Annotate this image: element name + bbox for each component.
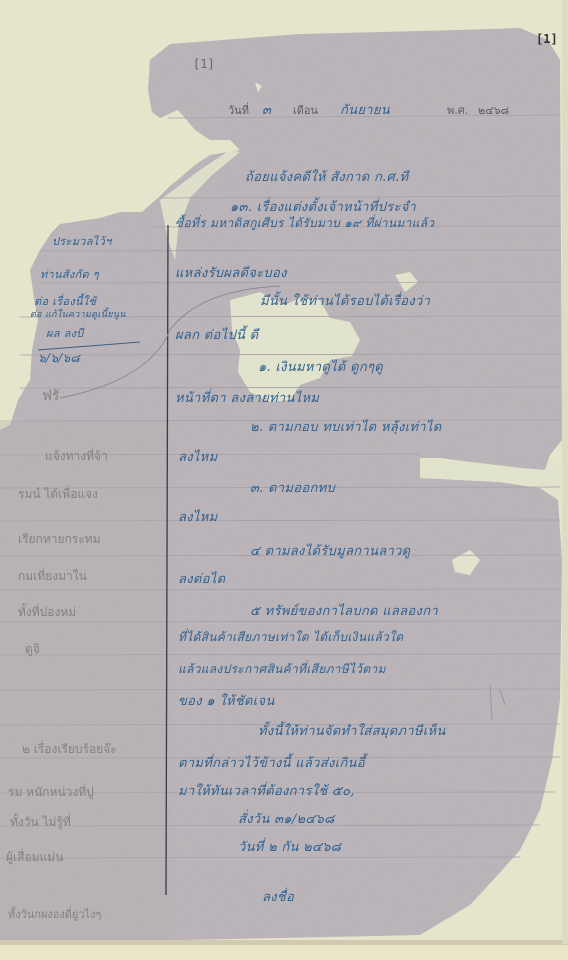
pencil-note: กมเที่ยงมาใน	[18, 567, 87, 586]
page-number-mark-left: [1]	[193, 57, 215, 71]
body-line: ๔ ตามลงได้รับมูลกานลาวดู	[250, 540, 410, 561]
body-line: ถ้อยแจ้งคดีให้ สังกาด ก.ศ.ที	[245, 166, 408, 187]
body-line: ๒. ตามกอบ ทบเท่าได หลุ้งเท่าได	[250, 416, 441, 437]
pencil-note: เรียกหายกระทม	[18, 530, 101, 549]
body-line: มาให้ทันเวลาที่ต้องการใช้ ๕๐,	[178, 780, 355, 801]
body-line: ตามที่กล่าวไว้ข้างนี้ แล้วส่งเกินอี้	[178, 752, 365, 773]
body-line: ลงต่อได	[178, 568, 225, 589]
pencil-note: ผู้เสื่อมแม่น	[6, 848, 63, 867]
margin-note: ท่านสังกัด ๆ	[40, 265, 99, 283]
body-line: ๕ ทรัพย์ของกาไลบกด แลลองกา	[250, 600, 438, 621]
pencil-note: ทั้งที่ปองหม่	[18, 603, 76, 622]
body-line: มีนั้น ใช้ท่านได้รอบได้เรื่องว่า	[260, 290, 430, 311]
body-line: ซื้อที่ร มหาดิสกูเศีบร ได้รับมาบ ๑๙ ที่ผ…	[175, 214, 434, 233]
pencil-note: ทั้งวันกผงองดี่ยู่วไงๆ	[8, 905, 101, 923]
body-line: ๓. ตามออกทบ	[250, 477, 335, 498]
body-line: ที่ได้สินค้าเสียภาษเท่าใด ได้เก็บเงินแล้…	[178, 628, 403, 647]
body-line: ลงไหม	[178, 506, 218, 527]
margin-note: ผล ลงบี	[46, 324, 84, 342]
margin-note: ๖/๖/๖๘	[38, 349, 80, 368]
body-line: แหล่งรับผลดีจะบอง	[175, 262, 287, 283]
year-label: พ.ศ.	[447, 101, 468, 119]
day-label: วันที่	[228, 101, 249, 119]
pencil-note: ทั้งวัน ไม่รู้ที่	[10, 813, 71, 832]
body-line: ทั้งนี้ให้ท่านจัดทำใส่สมุดภาษีเห็น	[258, 720, 446, 741]
pencil-note: ดูจิ	[25, 640, 40, 659]
body-line: หน้าที่ดา ลงลายท่านไหม	[175, 387, 319, 408]
month-value: กันยายน	[340, 99, 390, 120]
margin-note: ประมวลไว้ฯ	[52, 232, 112, 250]
body-line: ของ ๑ ให้ชัดเจน	[178, 690, 275, 711]
scan-edge	[562, 0, 568, 960]
body-line: แล้วแลงประกาศสินค้าที่เสียภาษีไว้ตาม	[178, 660, 386, 679]
margin-note: ต่อ แก้ในความดูเนี้ยนูน	[30, 307, 126, 321]
day-value: ๓	[262, 99, 271, 120]
pencil-note: แจ้งทางที่จ้า	[45, 447, 108, 466]
month-label: เดือน	[293, 101, 318, 119]
body-line: สั่งวัน ๓๑/๒๔๖๘	[238, 808, 334, 829]
year-value: ๒๔๖๘	[478, 101, 509, 119]
pencil-note: ฟรั	[42, 385, 59, 407]
pencil-note: รม หนักหน่วงที่ปู	[8, 783, 94, 802]
body-line: ๑. เงินมหาดูได้ ดูกๆดู	[258, 356, 383, 377]
scan-edge-bottom	[0, 944, 568, 960]
pencil-note: ๒ เรื่องเรียบร้อยจ๊ะ	[22, 740, 117, 759]
body-line: วันที่ ๒ กัน ๒๔๖๘	[238, 836, 341, 857]
page-number-mark-right: [1]	[536, 32, 558, 46]
body-line: ลงไหม	[178, 446, 218, 467]
pencil-note: รมน์ ได้เพื่อแจง	[18, 485, 98, 504]
signature: ลงชื่อ	[262, 886, 294, 907]
body-line: ผลก ต่อไปนี้ ดี	[175, 324, 258, 345]
